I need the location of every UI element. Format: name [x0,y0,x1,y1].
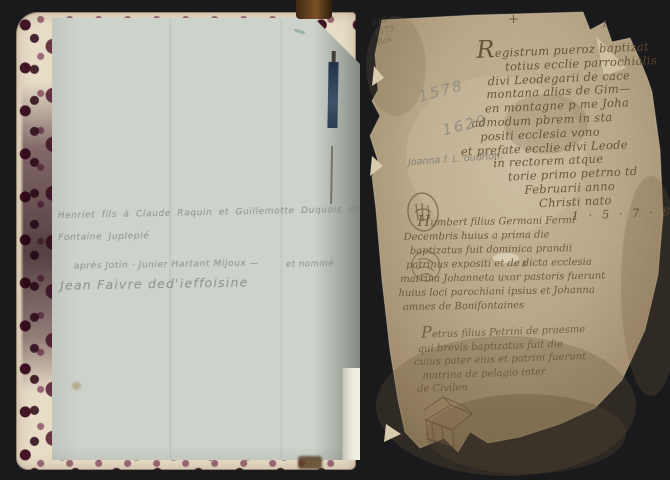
pencil-line: et nommé [286,259,335,270]
folio-number: 1 [602,20,608,30]
latin-title-block: Registrum pueroz baptizat totius ecclie … [456,35,670,227]
small-ink-mark [294,28,305,34]
blue-binding-tape [327,62,338,128]
pencil-line: après Jotin · Junier Hartant Mijoux — [74,258,260,271]
spine-headcap-leather [296,0,332,19]
cross-mark: + [508,12,519,27]
stain-spot [72,382,81,390]
pencil-line: Jean Faivre ded'ieffoisine [60,274,260,292]
soil-stain [426,394,626,474]
baptism-entry-petrus: Petrus filius Petrini de praesme qui bre… [411,318,651,397]
left-flyleaf-page: Henriet fils à Claude Raquin et Guillemo… [52,18,360,460]
pencil-annotation-1: Henriet fils à Claude Raquin et Guillemo… [58,199,362,249]
spine-tailcap-leather [298,456,322,469]
scanned-register-spread: Henriet fils à Claude Raquin et Guillemo… [0,0,670,480]
pencil-annotation-2: après Jotin · Junier Hartant Mijoux — et… [74,258,260,292]
right-parchment-page: 848 1575 Ras + 1 1578 1629 Joanna f. L. … [356,6,670,476]
baptism-entry-humbert: Humbert filius Germani Fermi Decembris h… [395,210,651,315]
